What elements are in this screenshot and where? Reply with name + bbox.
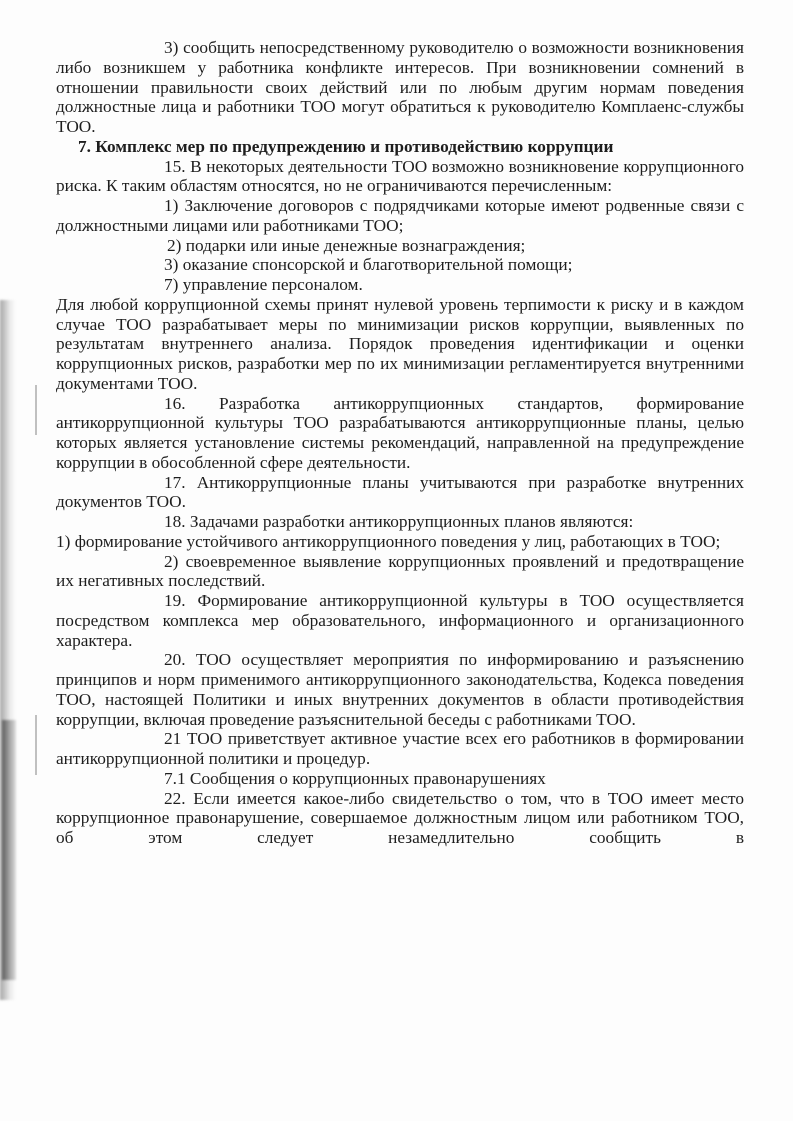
paragraph-22: 22. Если имеется какое-либо свидетельств… bbox=[56, 789, 744, 848]
scan-shadow-left-edge-dark bbox=[2, 720, 16, 980]
paragraph-item-3: 3) сообщить непосредственному руководите… bbox=[56, 38, 744, 137]
list-item-18-2: 2) своевременное выявление коррупционных… bbox=[56, 552, 744, 592]
section-heading-7: 7. Комплекс мер по предупреждению и прот… bbox=[56, 137, 744, 157]
subsection-heading-7-1: 7.1 Сообщения о коррупционных правонаруш… bbox=[56, 769, 744, 789]
paragraph-17: 17. Антикоррупционные планы учитываются … bbox=[56, 473, 744, 513]
list-item-15-3: 3) оказание спонсорской и благотворитель… bbox=[56, 255, 744, 275]
document-body: 3) сообщить непосредственному руководите… bbox=[56, 38, 744, 848]
list-item-15-1: 1) Заключение договоров с подрядчиками к… bbox=[56, 196, 744, 236]
paragraph-20: 20. ТОО осуществляет мероприятия по инфо… bbox=[56, 650, 744, 729]
scan-mark bbox=[35, 385, 37, 435]
paragraph-18: 18. Задачами разработки антикоррупционны… bbox=[56, 512, 744, 532]
paragraph-15: 15. В некоторых деятельности ТОО возможн… bbox=[56, 157, 744, 197]
list-item-15-7: 7) управление персоналом. bbox=[56, 275, 744, 295]
scanned-page: 3) сообщить непосредственному руководите… bbox=[0, 0, 793, 1121]
paragraph-21: 21 ТОО приветствует активное участие все… bbox=[56, 729, 744, 769]
paragraph-zero-tolerance: Для любой коррупционной схемы принят нул… bbox=[56, 295, 744, 394]
paragraph-19: 19. Формирование антикоррупционной культ… bbox=[56, 591, 744, 650]
list-item-15-2: 2) подарки или иные денежные вознагражде… bbox=[56, 236, 744, 256]
paragraph-16: 16. Разработка антикоррупционных стандар… bbox=[56, 394, 744, 473]
scan-mark bbox=[35, 715, 37, 775]
list-item-18-1: 1) формирование устойчивого антикоррупци… bbox=[56, 532, 744, 552]
